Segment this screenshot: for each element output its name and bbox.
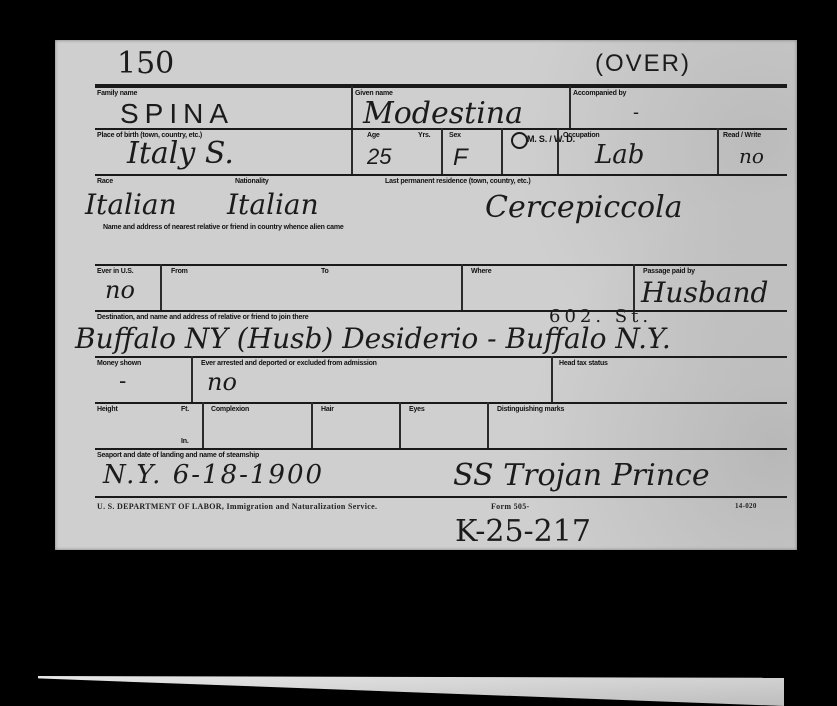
age-label: Age xyxy=(367,132,380,139)
sex-value: F xyxy=(453,144,468,172)
port-date-value: N.Y. 6-18-1900 xyxy=(103,460,324,490)
port-date-label: Seaport and date of landing and name of … xyxy=(97,452,259,459)
divider xyxy=(487,402,489,448)
age-yrs-label: Yrs. xyxy=(418,132,430,139)
divider xyxy=(160,264,162,310)
divider xyxy=(569,86,571,128)
divider xyxy=(399,402,401,448)
divider xyxy=(95,496,787,498)
money-shown-value: - xyxy=(119,368,126,394)
divider xyxy=(461,264,463,310)
divider xyxy=(95,310,787,312)
form-number: Form 505- xyxy=(491,502,529,511)
last-residence-value: Cercepiccola xyxy=(485,190,683,225)
divider xyxy=(95,84,787,88)
age-value: 25 xyxy=(367,144,391,170)
divider xyxy=(311,402,313,448)
over-note: (OVER) xyxy=(595,50,691,78)
ever-in-us-label: Ever in U.S. xyxy=(97,268,134,275)
steamship-value: SS Trojan Prince xyxy=(453,458,710,493)
immigration-card: 150 (OVER) Family name SPINA Given name … xyxy=(55,40,797,550)
passage-paid-value: Husband xyxy=(641,276,768,309)
height-ft-label: Ft. xyxy=(181,406,189,413)
read-write-value: no xyxy=(739,144,764,168)
divider xyxy=(633,264,635,310)
ever-in-us-value: no xyxy=(105,276,135,304)
ever-arrested-label: Ever arrested and deported or excluded f… xyxy=(201,360,377,367)
height-in-label: In. xyxy=(181,438,189,445)
where-label: Where xyxy=(471,268,491,275)
family-name-value: SPINA xyxy=(120,98,234,130)
divider xyxy=(95,356,787,358)
divider xyxy=(501,128,503,174)
eyes-label: Eyes xyxy=(409,406,425,413)
head-tax-label: Head tax status xyxy=(559,360,608,367)
divider xyxy=(95,264,787,266)
divider xyxy=(717,128,719,174)
divider xyxy=(441,128,443,174)
race-value: Italian xyxy=(85,188,177,221)
read-write-label: Read / Write xyxy=(723,132,761,139)
from-label: From xyxy=(171,268,188,275)
family-name-label: Family name xyxy=(97,90,137,97)
divider xyxy=(551,356,553,402)
next-card-edge xyxy=(38,676,784,706)
hair-label: Hair xyxy=(321,406,334,413)
occupation-value: Lab xyxy=(595,140,644,170)
divider xyxy=(202,402,204,448)
destination-label: Destination, and name and address of rel… xyxy=(97,314,308,321)
department-text: U. S. DEPARTMENT OF LABOR, Immigration a… xyxy=(97,502,377,511)
divider xyxy=(351,86,353,174)
occupation-label: Occupation xyxy=(563,132,600,139)
given-name-value: Modestina xyxy=(363,96,523,131)
sex-label: Sex xyxy=(449,132,461,139)
complexion-label: Complexion xyxy=(211,406,249,413)
divider xyxy=(95,174,787,176)
height-label: Height xyxy=(97,406,118,413)
accompanied-by-value: - xyxy=(633,102,639,123)
file-number: K-25-217 xyxy=(455,514,591,549)
divider xyxy=(95,402,787,404)
nationality-label: Nationality xyxy=(235,178,269,185)
distinguishing-marks-label: Distinguishing marks xyxy=(497,406,564,413)
nationality-value: Italian xyxy=(227,188,319,221)
card-number: 150 xyxy=(117,46,174,81)
money-shown-label: Money shown xyxy=(97,360,141,367)
last-residence-label: Last permanent residence (town, country,… xyxy=(385,178,530,185)
race-label: Race xyxy=(97,178,113,185)
form-code: 14-020 xyxy=(735,502,757,510)
divider xyxy=(95,448,787,450)
accompanied-by-label: Accompanied by xyxy=(573,90,626,97)
place-of-birth-value: Italy S. xyxy=(127,136,234,171)
ever-arrested-value: no xyxy=(207,368,237,396)
passage-paid-label: Passage paid by xyxy=(643,268,695,275)
marital-status-circle xyxy=(511,132,528,149)
divider xyxy=(191,356,193,402)
to-label: To xyxy=(321,268,329,275)
divider xyxy=(557,128,559,174)
nearest-relative-label: Name and address of nearest relative or … xyxy=(103,224,344,231)
destination-value: Buffalo NY (Husb) Desiderio - Buffalo N.… xyxy=(75,322,671,355)
